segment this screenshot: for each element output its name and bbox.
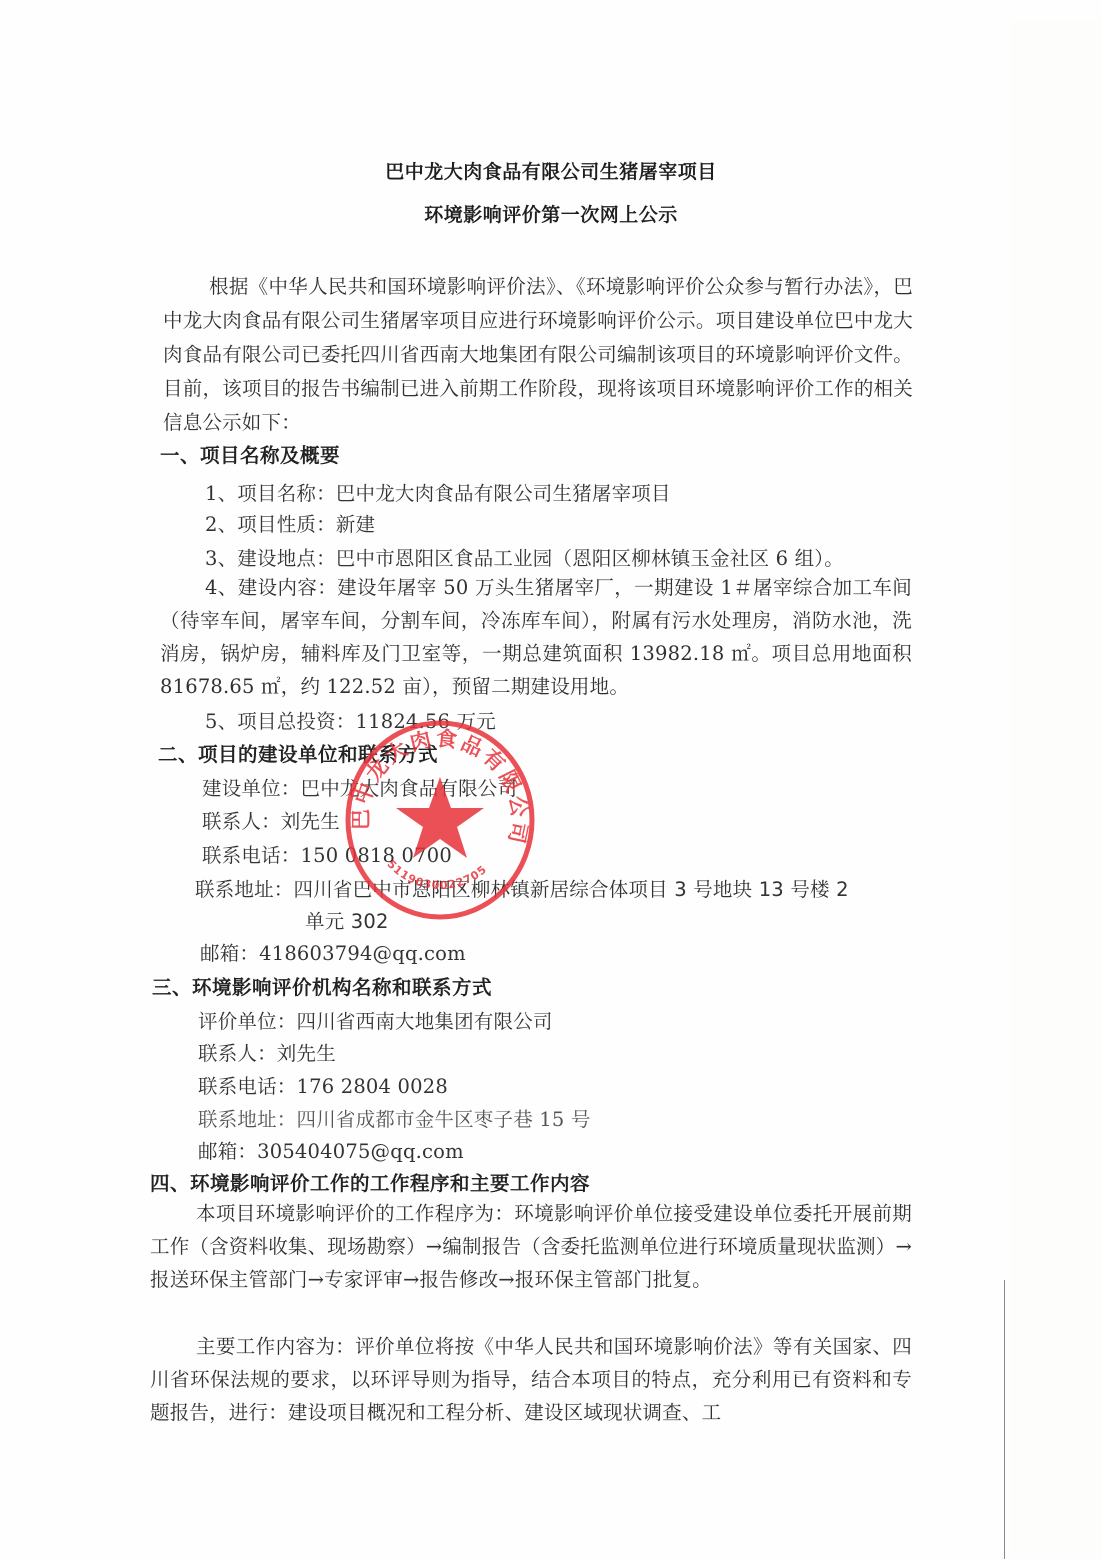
project-investment-item: 5、项目总投资：11824.56 万元 bbox=[205, 706, 496, 734]
builder-phone: 联系电话：150 0818 0700 bbox=[202, 840, 452, 868]
section2-heading: 二、项目的建设单位和联系方式 bbox=[158, 739, 438, 767]
evaluator-address: 联系地址：四川省成都市金牛区枣子巷 15 号 bbox=[198, 1104, 591, 1132]
builder-unit: 建设单位：巴中龙大肉食品有限公司 bbox=[202, 773, 517, 801]
intro-paragraph: 根据《中华人民共和国环境影响评价法》、《环境影响评价公众参与暂行办法》，巴中龙大… bbox=[163, 270, 913, 440]
evaluator-phone: 联系电话：176 2804 0028 bbox=[198, 1071, 448, 1099]
scan-edge bbox=[1010, 20, 1102, 1559]
scan-artifact-line bbox=[1004, 1280, 1005, 1559]
procedure-paragraph: 本项目环境影响评价的工作程序为：环境影响评价单位接受建设单位委托开展前期工作（含… bbox=[150, 1197, 912, 1296]
construction-content-item: 4、建设内容：建设年屠宰 50 万头生猪屠宰厂，一期建设 1＃屠宰综合加工车间（… bbox=[160, 571, 912, 703]
builder-contact: 联系人：刘先生 bbox=[202, 806, 340, 834]
document-page: 巴中龙大肉食品有限公司生猪屠宰项目 环境影响评价第一次网上公示 根据《中华人民共… bbox=[0, 0, 1102, 1559]
document-subtitle: 环境影响评价第一次网上公示 bbox=[0, 200, 1102, 227]
evaluator-unit: 评价单位：四川省西南大地集团有限公司 bbox=[198, 1006, 553, 1034]
evaluator-contact: 联系人：刘先生 bbox=[198, 1038, 336, 1066]
document-title: 巴中龙大肉食品有限公司生猪屠宰项目 bbox=[0, 157, 1102, 184]
project-name-item: 1、项目名称：巴中龙大肉食品有限公司生猪屠宰项目 bbox=[205, 478, 671, 506]
content-paragraph: 主要工作内容为：评价单位将按《中华人民共和国环境影响价法》等有关国家、四川省环保… bbox=[150, 1330, 912, 1429]
builder-email: 邮箱：418603794@qq.com bbox=[200, 938, 466, 966]
project-nature-item: 2、项目性质：新建 bbox=[205, 509, 375, 537]
section4-heading: 四、环境影响评价工作的工作程序和主要工作内容 bbox=[150, 1168, 590, 1196]
project-location-item: 3、建设地点：巴中市恩阳区食品工业园（恩阳区柳林镇玉金社区 6 组）。 bbox=[205, 543, 844, 571]
builder-address-cont: 单元 302 bbox=[305, 906, 389, 934]
evaluator-email: 邮箱：305404075@qq.com bbox=[198, 1136, 464, 1164]
builder-address: 联系地址：四川省巴中市恩阳区柳林镇新居综合体项目 3 号地块 13 号楼 2 bbox=[195, 874, 849, 902]
section3-heading: 三、环境影响评价机构名称和联系方式 bbox=[152, 972, 492, 1000]
section1-heading: 一、项目名称及概要 bbox=[160, 440, 340, 468]
